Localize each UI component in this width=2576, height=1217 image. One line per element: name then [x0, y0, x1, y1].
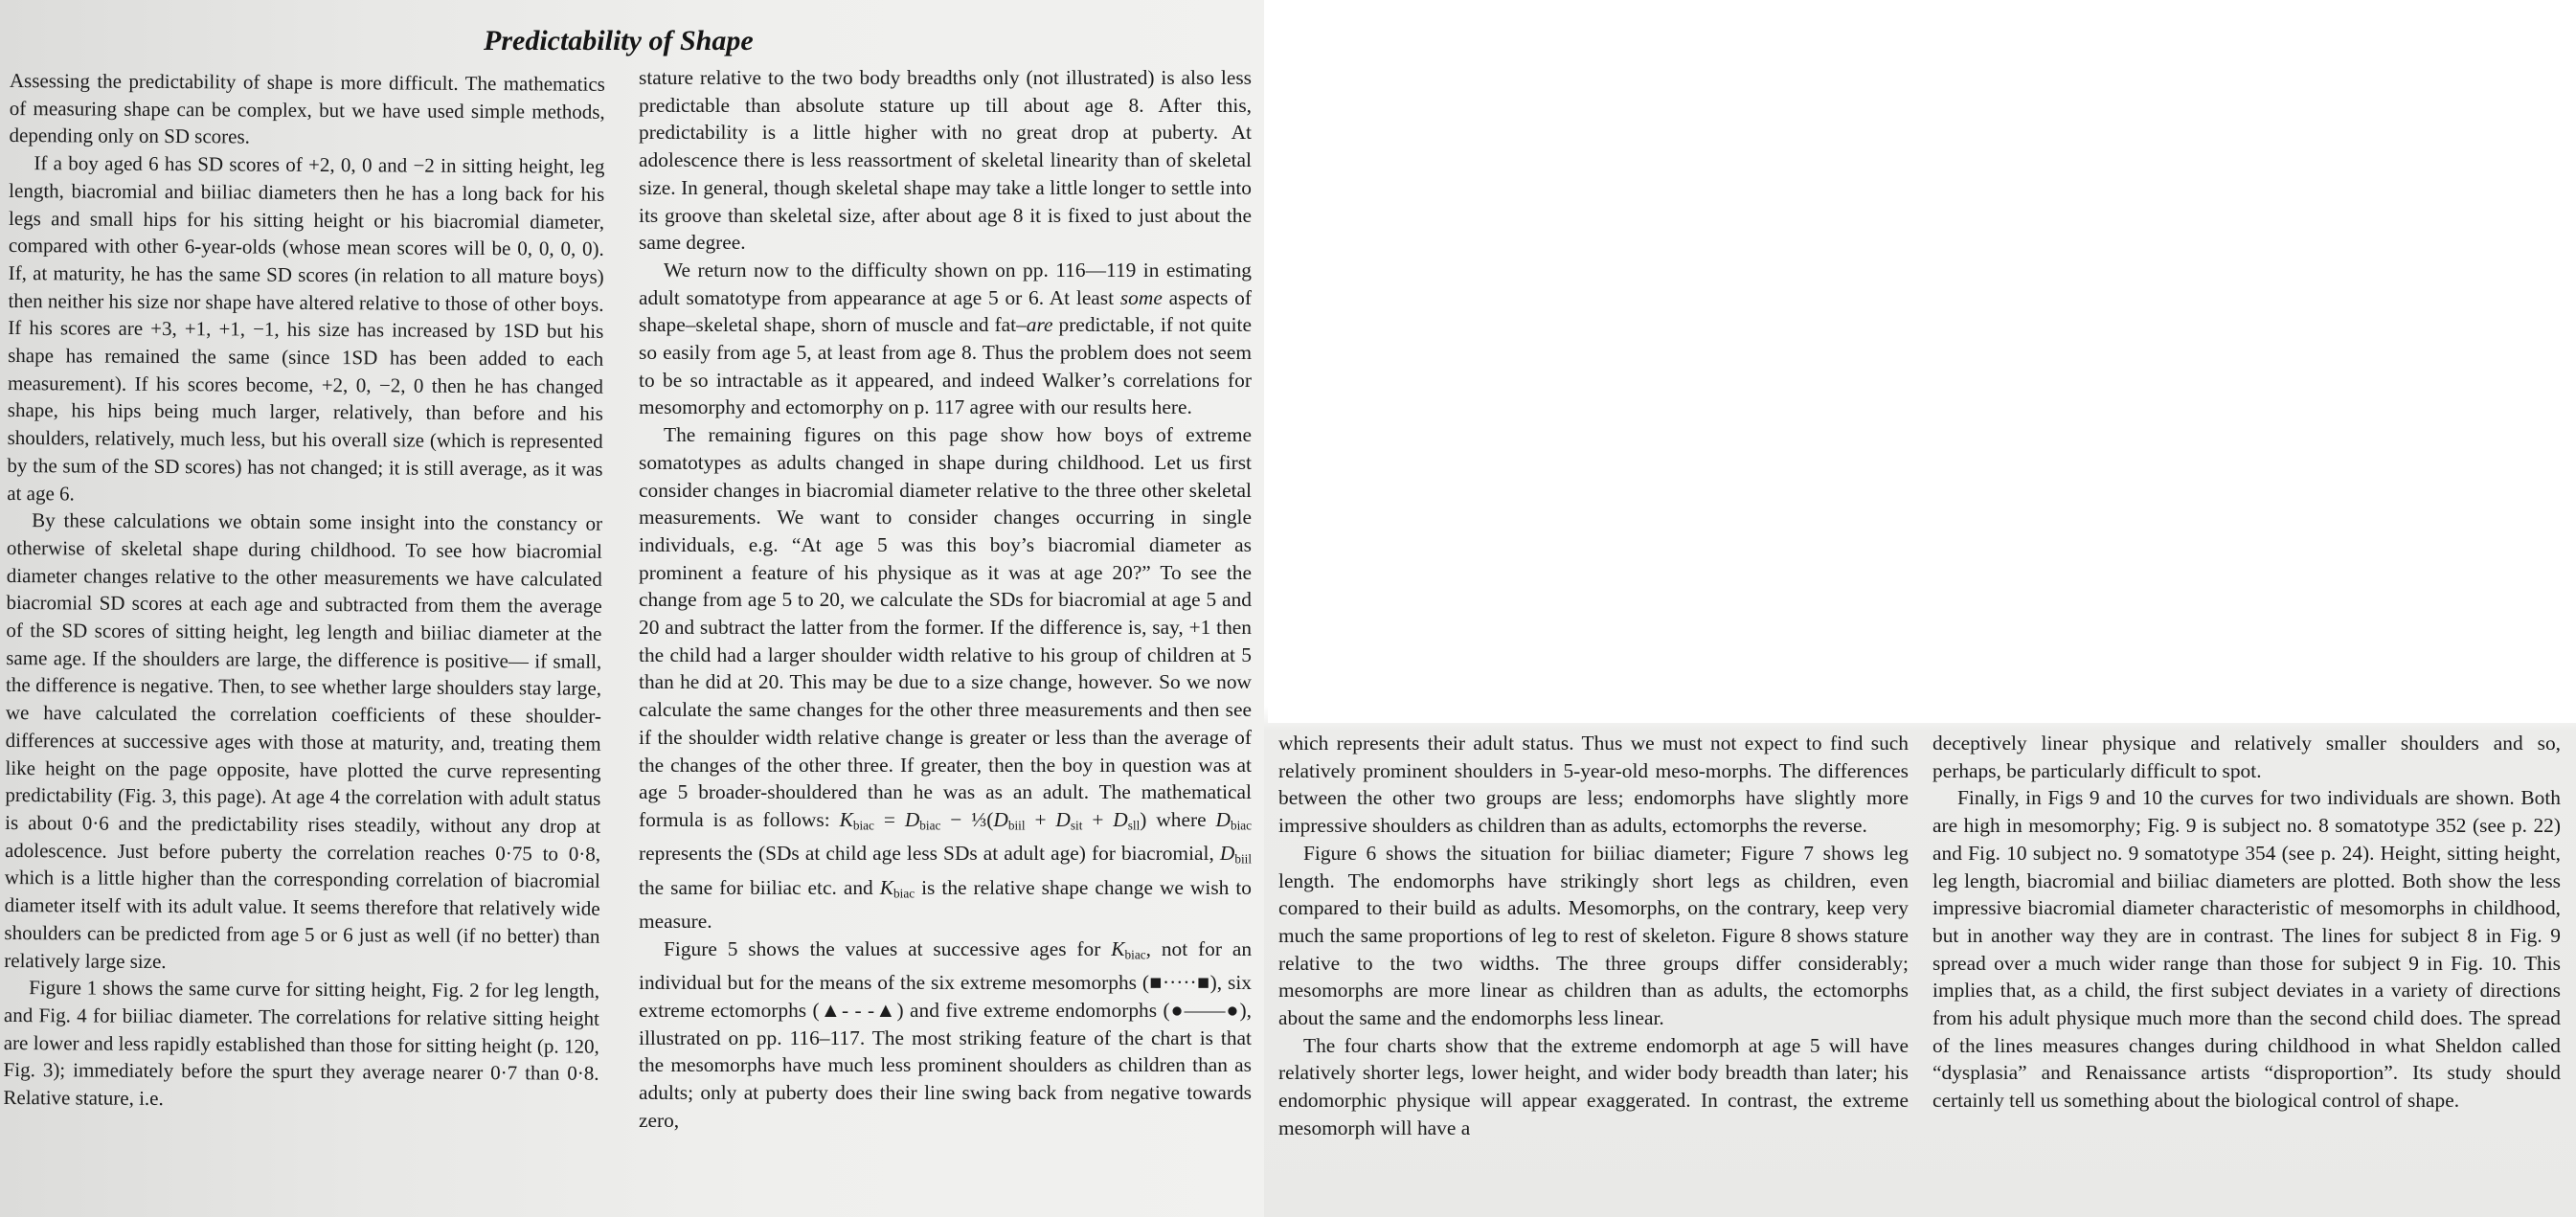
formula-operator: − ⅓( — [940, 808, 993, 831]
text-run: represents the (SDs at child age less SD… — [639, 842, 1220, 865]
formula-subscript: biac — [1231, 819, 1252, 833]
paragraph: By these calculations we obtain some ins… — [4, 507, 602, 978]
paragraph: stature relative to the two body breadth… — [639, 64, 1252, 257]
emphasis: are — [1027, 313, 1053, 336]
text-run: the same for biiliac etc. and — [639, 876, 880, 899]
formula-subscript: biac — [1125, 948, 1146, 962]
formula-subscript: sit — [1071, 819, 1083, 833]
paragraph: Figure 6 shows the situation for biiliac… — [1278, 840, 1909, 1032]
text-run: where — [1146, 808, 1215, 831]
formula-subscript: biil — [1008, 819, 1026, 833]
formula-subscript: biac — [919, 819, 940, 833]
formula-symbol: D — [905, 808, 919, 831]
formula-operator: + — [1026, 808, 1056, 831]
formula-symbol: D — [1113, 808, 1127, 831]
formula-symbol: D — [1055, 808, 1070, 831]
formula-symbol: D — [1215, 808, 1230, 831]
formula-operator: + — [1082, 808, 1113, 831]
paragraph: deceptively linear physique and relative… — [1932, 730, 2561, 784]
formula-symbol: K — [840, 808, 853, 831]
formula-subscript: biac — [853, 819, 874, 833]
page-title: Predictability of Shape — [484, 25, 754, 57]
paragraph: We return now to the difficulty shown on… — [639, 257, 1252, 421]
formula-subscript: biil — [1234, 852, 1252, 867]
text-run: Figure 5 shows the values at successive … — [664, 937, 1111, 960]
formula-symbol: K — [1111, 937, 1124, 960]
formula-subscript: sll — [1128, 819, 1141, 833]
text-column-4: deceptively linear physique and relative… — [1932, 730, 2561, 1115]
paragraph: Finally, in Figs 9 and 10 the curves for… — [1932, 784, 2561, 1114]
paragraph: Figure 5 shows the values at successive … — [639, 935, 1252, 1135]
paragraph: Assessing the predictability of shape is… — [9, 67, 605, 153]
text-run: The remaining figures on this page show … — [639, 423, 1252, 831]
text-column-2: stature relative to the two body breadth… — [639, 64, 1252, 1135]
emphasis: some — [1120, 286, 1163, 309]
paragraph: Figure 1 shows the same curve for sittin… — [3, 974, 599, 1115]
formula-operator: = — [874, 808, 905, 831]
formula-subscript: biac — [893, 887, 915, 901]
text-column-3: which represents their adult status. Thu… — [1278, 730, 1909, 1142]
formula-symbol: K — [880, 876, 893, 899]
paragraph: The remaining figures on this page show … — [639, 421, 1252, 935]
paragraph: which represents their adult status. Thu… — [1278, 730, 1909, 840]
paragraph: If a boy aged 6 has SD scores of +2, 0, … — [7, 149, 604, 510]
formula-symbol: D — [993, 808, 1007, 831]
figure-area-blank — [1268, 0, 2576, 723]
text-column-1: Assessing the predictability of shape is… — [3, 67, 605, 1115]
paragraph: The four charts show that the extreme en… — [1278, 1032, 1909, 1142]
formula-symbol: D — [1220, 842, 1234, 865]
formula: Kbiac = Dbiac − ⅓(Dbiil + Dsit + Dsll) — [840, 808, 1147, 831]
text-run: , not for an individual but for the mean… — [639, 937, 1252, 1132]
